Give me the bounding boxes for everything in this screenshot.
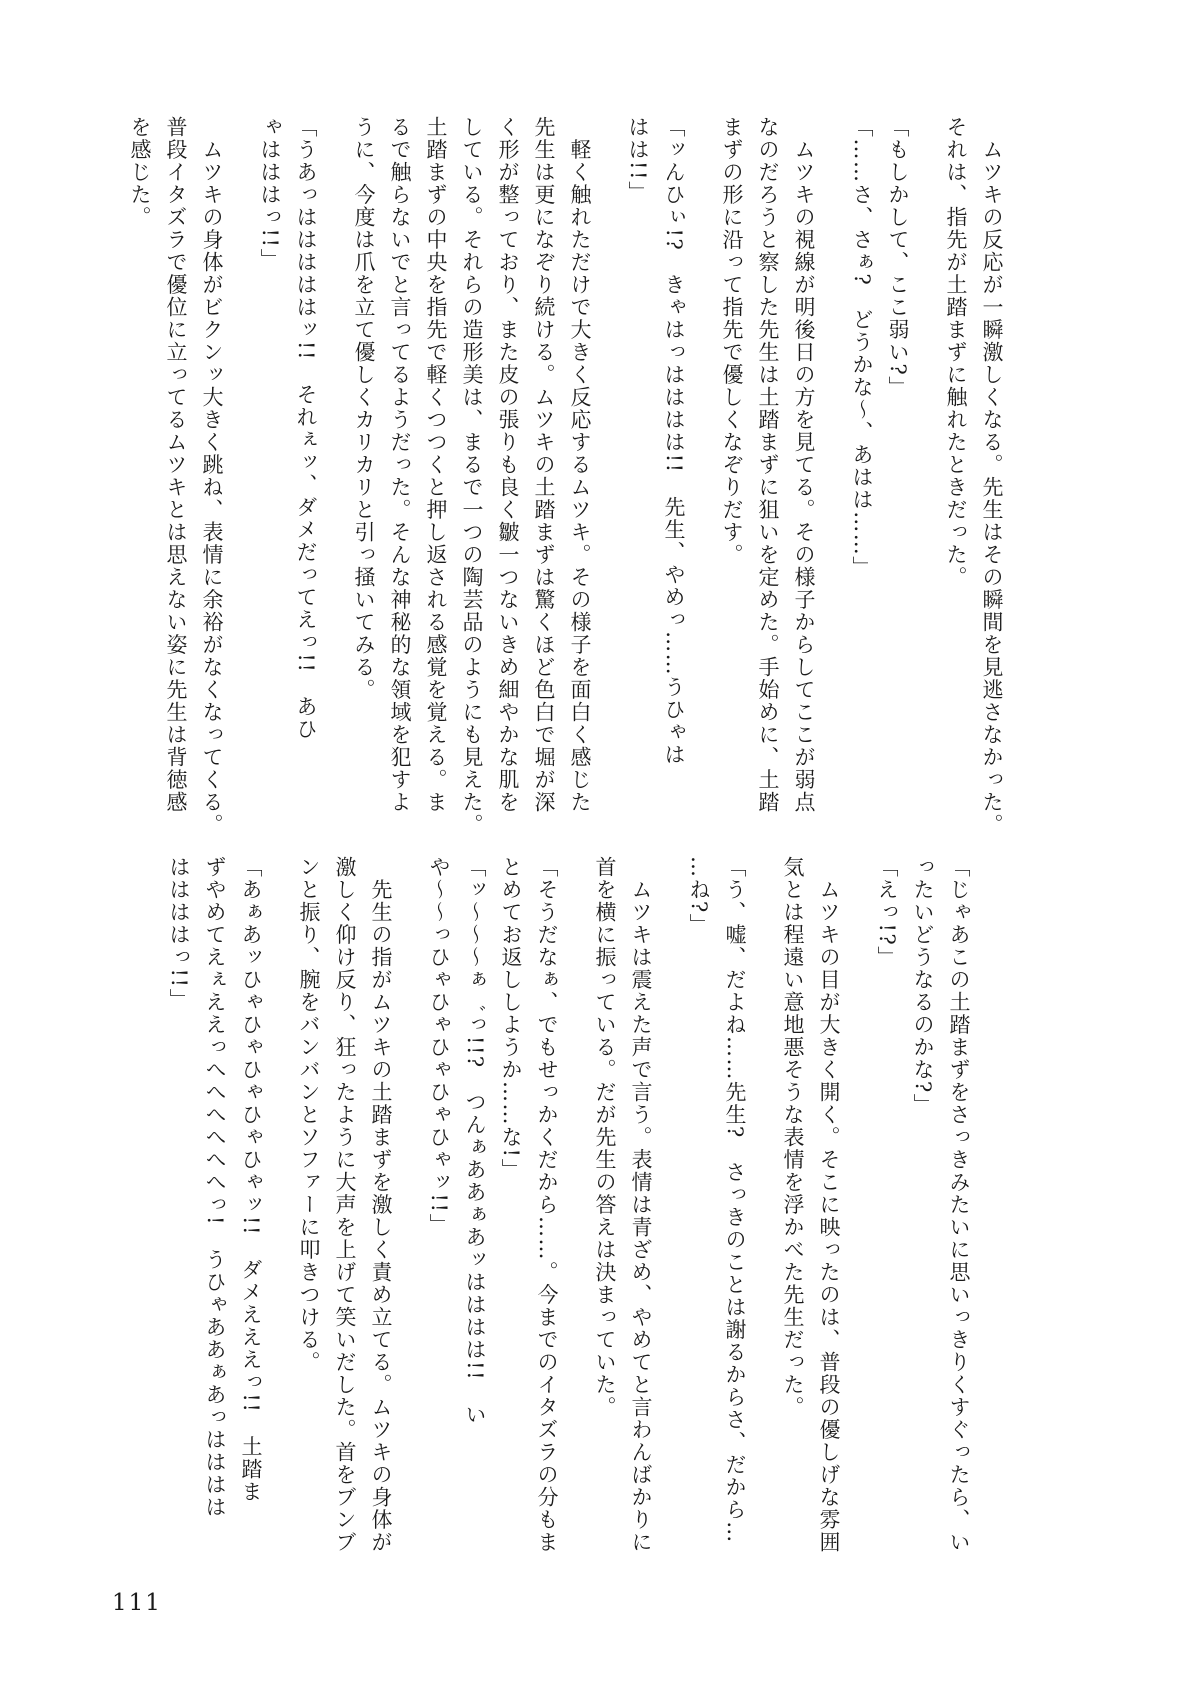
text-column: なのだろうと察した先生は土踏まずに狙いを定めた。手始めに、土踏 xyxy=(750,116,786,818)
paragraph: 「……さ、さぁ? どうかな〜、あはは……」 xyxy=(844,116,880,818)
paragraph: ムツキの視線が明後日の方を見てる。その様子からしてここが弱点なのだろうと察した先… xyxy=(714,116,822,818)
text-column: 気とは程遠い意地悪そうな表情を浮かべた先生だった。 xyxy=(775,856,811,1558)
document-page: ムツキの反応が一瞬激しくなる。先生はその瞬間を見逃さなかった。それは、指先が土踏… xyxy=(0,0,1200,1695)
text-column: 普段イタズラで優位に立ってるムツキとは思えない姿に先生は背徳感 xyxy=(158,116,194,818)
text-column: 「ッ〜〜〜ぁ゛っ!!? つんぁああぁあッはははは!! い xyxy=(457,856,493,1558)
text-column: している。それらの造形美は、まるで一つの陶芸品のようにも見えた。 xyxy=(454,116,490,818)
text-column: うに、今度は爪を立て優しくカリカリと引っ掻いてみる。 xyxy=(346,116,382,818)
paragraph: ムツキの目が大きく開く。そこに映ったのは、普段の優しげな雰囲気とは程遠い意地悪そ… xyxy=(775,856,847,1558)
paragraph: 「う、嘘、だよね……先生? さっきのことは謝るからさ、だから……ね?」 xyxy=(681,856,753,1558)
text-column: ムツキの身体がビクンッ大きく跳ね、表情に余裕がなくなってくる。 xyxy=(194,116,230,818)
text-column: 激しく仰け反り、狂ったように大声を上げて笑いだした。首をブンブ xyxy=(327,856,363,1558)
paragraph: 「ッんひぃ!? きゃはっはははは!! 先生、やめっ……うひゃははは!!」 xyxy=(620,116,692,818)
text-column: 「もしかして、ここ弱い?」 xyxy=(880,116,916,818)
text-column: ははははっ!!」 xyxy=(161,856,197,1558)
text-column: 土踏まずの中央を指先で軽くつつくと押し返される感覚を覚える。ま xyxy=(418,116,454,818)
text-column: を感じた。 xyxy=(122,116,158,818)
text-column: 先生は更になぞり続ける。ムツキの土踏まずは驚くほど色白で堀が深 xyxy=(526,116,562,818)
paragraph: 「そうだなぁ、でもせっかくだから……。今までのイタズラの分もまとめてお返ししよう… xyxy=(493,856,565,1558)
text-column: く形が整っており、また皮の張りも良く皺一つないきめ細やかな肌を xyxy=(490,116,526,818)
text-column: 「う、嘘、だよね……先生? さっきのことは謝るからさ、だから… xyxy=(717,856,753,1558)
text-column: 「えっ!?」 xyxy=(869,856,905,1558)
text-column: ゃはははっ!!」 xyxy=(252,116,288,818)
text-column: ンと振り、腕をバンバンとソファーに叩きつける。 xyxy=(291,856,327,1558)
text-column: ったいどうなるのかな?」 xyxy=(905,856,941,1558)
text-column: 「うあっはははははッ!! それぇッ、ダメだってえっ!! あひ xyxy=(288,116,324,818)
text-column: まずの形に沿って指先で優しくなぞりだす。 xyxy=(714,116,750,818)
text-column: るで触らないでと言ってるようだった。そんな神秘的な領域を犯すよ xyxy=(382,116,418,818)
text-column: 「……さ、さぁ? どうかな〜、あはは……」 xyxy=(844,116,880,818)
text-column: ずやめてえぇええっへへへへへへっ! うひゃああぁあっはははは xyxy=(197,856,233,1558)
text-block-top: ムツキの反応が一瞬激しくなる。先生はその瞬間を見逃さなかった。それは、指先が土踏… xyxy=(122,116,1010,818)
text-column: とめてお返ししようか……な!」 xyxy=(493,856,529,1558)
text-column: ムツキは震えた声で言う。表情は青ざめ、やめてと言わんばかりに xyxy=(623,856,659,1558)
text-column: 軽く触れただけで大きく反応するムツキ。その様子を面白く感じた xyxy=(562,116,598,818)
text-column: はは!!」 xyxy=(620,116,656,818)
paragraph: 「ッ〜〜〜ぁ゛っ!!? つんぁああぁあッはははは!! いや〜〜っひゃひゃひゃひゃ… xyxy=(421,856,493,1558)
text-column: 「あぁあッひゃひゃひゃひゃひゃッ!! ダメえええっ!! 土踏ま xyxy=(233,856,269,1558)
text-column: 「ッんひぃ!? きゃはっはははは!! 先生、やめっ……うひゃは xyxy=(656,116,692,818)
text-column: ムツキの目が大きく開く。そこに映ったのは、普段の優しげな雰囲 xyxy=(811,856,847,1558)
text-column: ムツキの視線が明後日の方を見てる。その様子からしてここが弱点 xyxy=(786,116,822,818)
paragraph: 「もしかして、ここ弱い?」 xyxy=(880,116,916,818)
text-column: や〜〜っひゃひゃひゃひゃひゃッ!!」 xyxy=(421,856,457,1558)
text-column: それは、指先が土踏まずに触れたときだった。 xyxy=(938,116,974,818)
paragraph: 軽く触れただけで大きく反応するムツキ。その様子を面白く感じた先生は更になぞり続け… xyxy=(346,116,598,818)
page-number: 111 xyxy=(112,1590,162,1616)
paragraph: ムツキは震えた声で言う。表情は青ざめ、やめてと言わんばかりに首を横に振っている。… xyxy=(587,856,659,1558)
paragraph: 「あぁあッひゃひゃひゃひゃひゃッ!! ダメえええっ!! 土踏まずやめてえぇええっ… xyxy=(161,856,269,1558)
paragraph: ムツキの反応が一瞬激しくなる。先生はその瞬間を見逃さなかった。それは、指先が土踏… xyxy=(938,116,1010,818)
paragraph: 「えっ!?」 xyxy=(869,856,905,1558)
paragraph: ムツキの身体がビクンッ大きく跳ね、表情に余裕がなくなってくる。普段イタズラで優位… xyxy=(122,116,230,818)
text-column: 「そうだなぁ、でもせっかくだから……。今までのイタズラの分もま xyxy=(529,856,565,1558)
text-column: 「じゃあこの土踏まずをさっきみたいに思いっきりくすぐったら、い xyxy=(941,856,977,1558)
text-column: 首を横に振っている。だが先生の答えは決まっていた。 xyxy=(587,856,623,1558)
text-column: ムツキの反応が一瞬激しくなる。先生はその瞬間を見逃さなかった。 xyxy=(974,116,1010,818)
paragraph: 「うあっはははははッ!! それぇッ、ダメだってえっ!! あひゃはははっ!!」 xyxy=(252,116,324,818)
text-column: 先生の指がムツキの土踏まずを激しく責め立てる。ムツキの身体が xyxy=(363,856,399,1558)
paragraph: 先生の指がムツキの土踏まずを激しく責め立てる。ムツキの身体が激しく仰け反り、狂っ… xyxy=(291,856,399,1558)
text-block-bottom: 「じゃあこの土踏まずをさっきみたいに思いっきりくすぐったら、いったいどうなるのか… xyxy=(161,856,977,1558)
text-column: …ね?」 xyxy=(681,856,717,1558)
paragraph: 「じゃあこの土踏まずをさっきみたいに思いっきりくすぐったら、いったいどうなるのか… xyxy=(905,856,977,1558)
